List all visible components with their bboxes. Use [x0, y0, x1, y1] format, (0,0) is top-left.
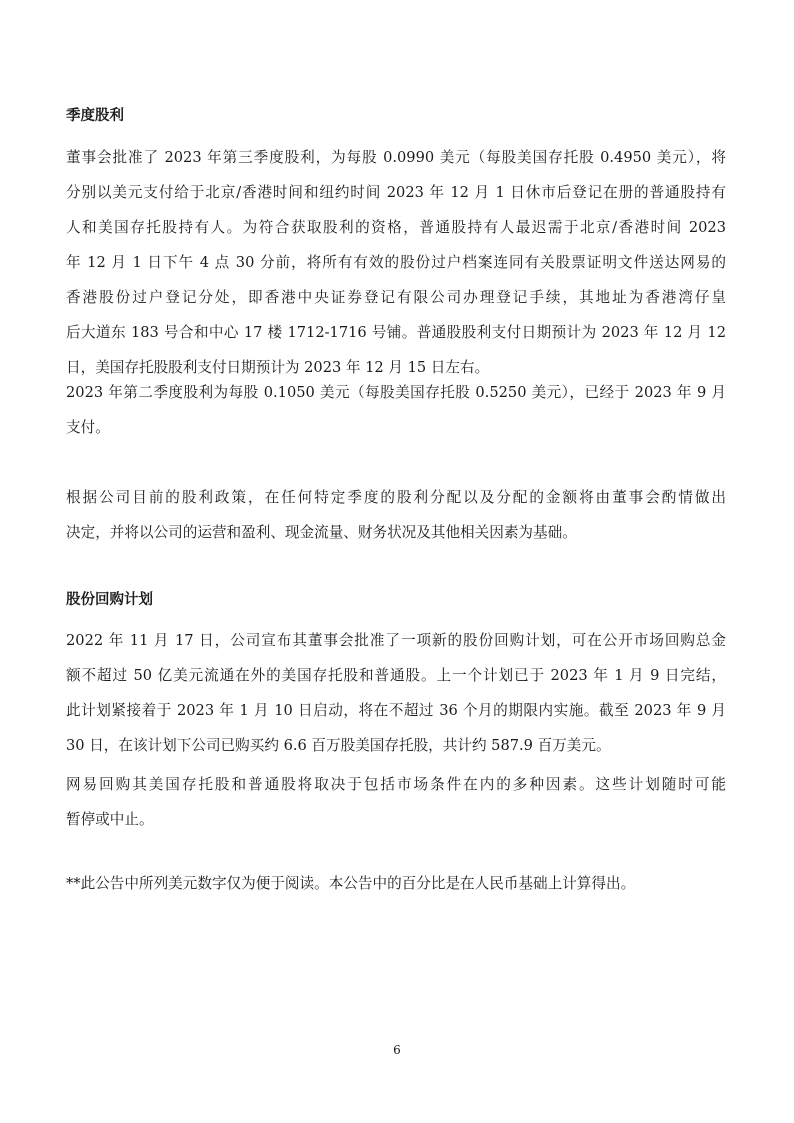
paragraph-q2-dividend: 2023 年第二季度股利为每股 0.1050 美元（每股美国存托股 0.5250…: [66, 375, 726, 445]
text-line: 分别以美元支付给于北京/香港时间和纽约时间 2023 年 12 月 1 日休市后…: [66, 175, 726, 210]
section-heading-share-repurchase: 股份回购计划: [66, 590, 153, 610]
text-line: 暂停或中止。: [66, 802, 726, 837]
text-line: 2023 年第二季度股利为每股 0.1050 美元（每股美国存托股 0.5250…: [66, 375, 726, 410]
text-line: 决定，并将以公司的运营和盈利、现金流量、财务状况及其他相关因素为基础。: [66, 515, 726, 550]
paragraph-dividend-policy: 根据公司目前的股利政策，在任何特定季度的股利分配以及分配的金额将由董事会酌情做出…: [66, 480, 726, 550]
paragraph-repurchase-program: 2022 年 11 月 17 日，公司宣布其董事会批准了一项新的股份回购计划，可…: [66, 623, 726, 763]
text-line: 董事会批准了 2023 年第三季度股利，为每股 0.0990 美元（每股美国存托…: [66, 140, 726, 175]
text-line: 30 日，在该计划下公司已购买约 6.6 百万股美国存托股，共计约 587.9 …: [66, 728, 726, 763]
paragraph-repurchase-conditions: 网易回购其美国存托股和普通股将取决于包括市场条件在内的多种因素。这些计划随时可能…: [66, 767, 726, 837]
text-line: 香港股份过户登记分处，即香港中央证券登记有限公司办理登记手续，其地址为香港湾仔皇: [66, 280, 726, 315]
footnote-text: **此公告中所列美元数字仅为便于阅读。本公告中的百分比是在人民币基础上计算得出。: [66, 866, 726, 901]
text-line: 后大道东 183 号合和中心 17 楼 1712-1716 号铺。普通股股利支付…: [66, 315, 726, 350]
text-line: 人和美国存托股持有人。为符合获取股利的资格，普通股持有人最迟需于北京/香港时间 …: [66, 210, 726, 245]
text-line: 此计划紧接着于 2023 年 1 月 10 日启动，将在不超过 36 个月的期限…: [66, 693, 726, 728]
page-number: 6: [0, 1040, 794, 1060]
text-line: 根据公司目前的股利政策，在任何特定季度的股利分配以及分配的金额将由董事会酌情做出: [66, 480, 726, 515]
text-line: 额不超过 50 亿美元流通在外的美国存托股和普通股。上一个计划已于 2023 年…: [66, 658, 726, 693]
text-line: 2022 年 11 月 17 日，公司宣布其董事会批准了一项新的股份回购计划，可…: [66, 623, 726, 658]
text-line: 网易回购其美国存托股和普通股将取决于包括市场条件在内的多种因素。这些计划随时可能: [66, 767, 726, 802]
section-heading-quarterly-dividend: 季度股利: [66, 106, 124, 126]
text-line: 年 12 月 1 日下午 4 点 30 分前，将所有有效的股份过户档案连同有关股…: [66, 245, 726, 280]
text-line: 支付。: [66, 410, 726, 445]
paragraph-q3-dividend: 董事会批准了 2023 年第三季度股利，为每股 0.0990 美元（每股美国存托…: [66, 140, 726, 385]
footnote: **此公告中所列美元数字仅为便于阅读。本公告中的百分比是在人民币基础上计算得出。: [66, 866, 726, 901]
